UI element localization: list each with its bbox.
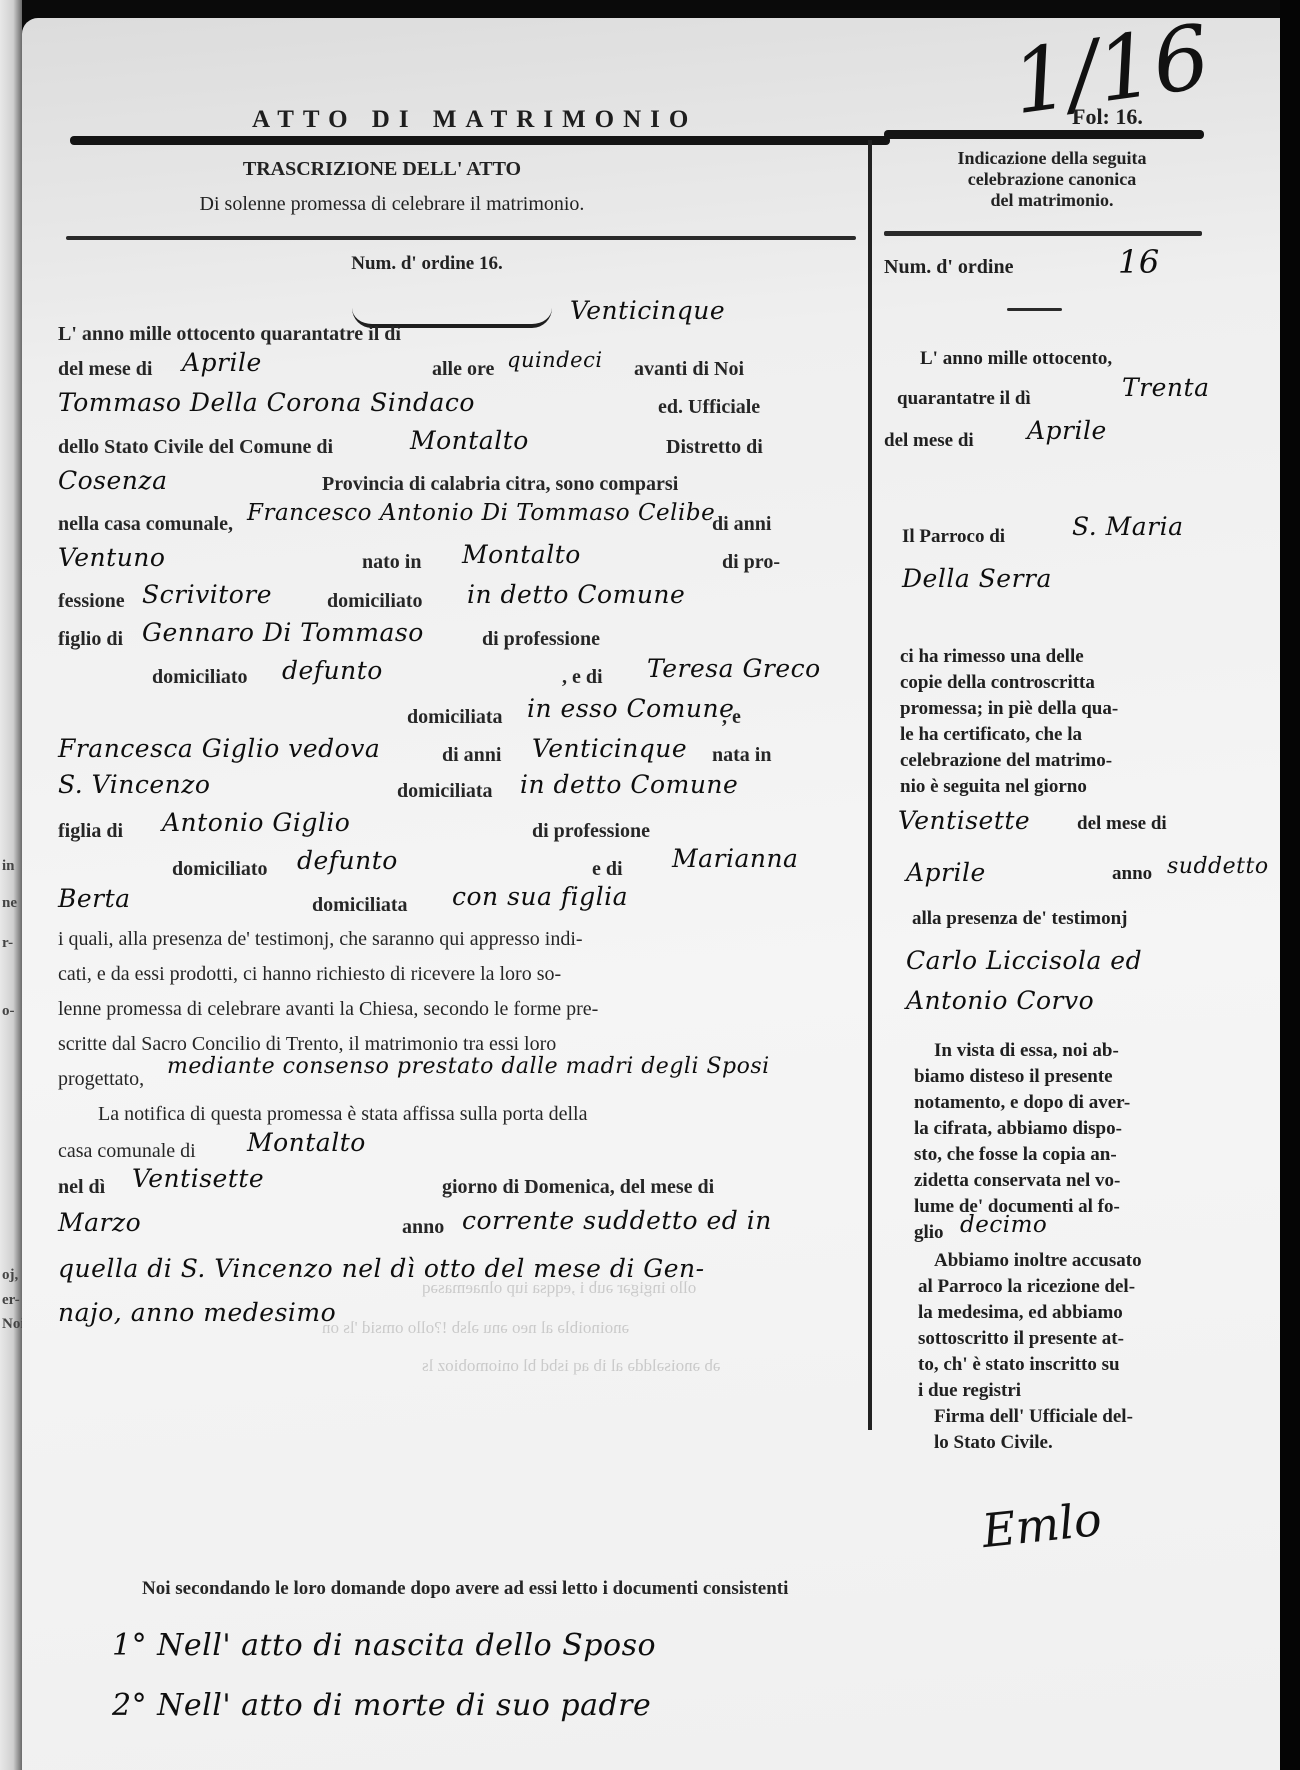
bleed-through-text: ollo ingigər əub i ,eqqsa iup olnaemasəq [422,1278,696,1298]
line-district: Distretto di [666,436,763,459]
edge-fragment: in [2,858,15,875]
right-year-line: quarantatre il dì [897,388,1031,410]
right-text-line: nio è seguita nel giorno [900,776,1087,798]
hand-groom-mother: Teresa Greco [647,654,821,683]
line-official: ed. Ufficiale [658,396,760,419]
hand-groom-profession: Scrivitore [142,580,272,609]
line-profession: di pro- [722,551,780,574]
hand-groom-name: Francesco Antonio Di Tommaso Celibe [247,500,715,526]
signature-label: Firma dell' Ufficiale del- [934,1406,1133,1428]
hand-mayor-name: Tommaso Della Corona Sindaco [58,388,475,417]
right-heading-line: Indicazione della seguita [882,148,1222,169]
closing-line: biamo disteso il presente [914,1066,1113,1088]
hand-month: Aprile [182,348,262,377]
line-year: L' anno mille ottocento quarantatre il d… [58,323,401,346]
line-town-hall: nella casa comunale, [58,513,233,536]
hand-bride-father-deceased: defunto [297,846,398,875]
line-bride-domicile: domiciliata [397,780,493,803]
right-heading-line: del matrimonio. [882,190,1222,211]
line-before-us: avanti di Noi [634,358,744,381]
header-rule-right [884,130,1204,139]
signature-label: lo Stato Civile. [934,1432,1053,1454]
hand-parish-2: Della Serra [902,564,1052,593]
footer-item-1: 1° Nell' atto di nascita dello Sposo [112,1628,656,1663]
celebration-month-label: del mese di [1077,813,1167,835]
line-bride-father-domicile: domiciliato [172,858,268,881]
hand-bride-name: Francesca Giglio vedova [58,734,380,763]
line-daughter-of: figlia di [58,820,123,843]
body-line: i quali, alla presenza de' testimonj, ch… [58,928,583,951]
line-bride-mother-domicile: domiciliata [312,894,408,917]
hand-hour: quindeci [507,348,603,372]
line-fessione: fessione [58,590,125,613]
hand-notice-day: Ventisette [132,1164,264,1193]
parroco-label: Il Parroco di [902,526,1005,548]
right-year-line: L' anno mille ottocento, [920,348,1112,370]
hand-parish-1: S. Maria [1072,512,1183,541]
right-text-line: copie della controscritta [900,672,1095,694]
hand-notice-second-date: najo, anno medesimo [58,1298,336,1327]
official-signature: Emlo [980,1492,1105,1558]
hand-mother-domicile: in esso Comune [527,694,734,723]
body-line: progettato, [58,1068,144,1091]
hand-groom-age: Ventuno [58,543,165,572]
line-commune: dello Stato Civile del Comune di [58,436,333,459]
notice-line: casa comunale di [58,1140,196,1163]
scan-border [1280,0,1300,1770]
hand-folio: decimo [960,1212,1047,1238]
hand-right-month: Aprile [1027,416,1107,445]
hand-district: Cosenza [58,466,167,495]
line-domiciled: domiciliato [327,590,423,613]
document-page: ATTO DI MATRIMONIO 1/16 Fol: 16. TRASCRI… [22,18,1280,1770]
right-text-line: promessa; in piè della qua- [900,698,1118,720]
right-text-line: celebrazione del matrimo- [900,750,1112,772]
body-line: cati, e da essi prodotti, ci hanno richi… [58,963,561,986]
short-rule [1007,308,1062,311]
right-heading-line: celebrazione canonica [882,169,1222,190]
edge-fragment: oj, [2,1267,18,1284]
edge-fragment: er- [2,1292,20,1309]
line-hour-label: alle ore [432,358,494,381]
edge-fragment: ne [2,895,17,912]
hand-bride-mother-last: Berta [58,884,131,913]
line-father-profession: di professione [482,628,600,651]
hand-right-day: Trenta [1122,373,1209,402]
line-born-in: nato in [362,551,421,574]
closing-line: zidetta conservata nel vo- [914,1170,1120,1192]
left-order-number: Num. d' ordine 16. [262,253,592,275]
edge-fragment: o- [2,1003,15,1020]
hand-witness-2: Antonio Corvo [906,986,1094,1015]
left-subheading: Di solenne promessa di celebrare il matr… [112,193,672,216]
notice-line: nel dì [58,1176,105,1199]
closing-line-2: la medesima, ed abbiamo [918,1302,1123,1324]
notice-line: La notifica di questa promessa è stata a… [98,1103,587,1126]
right-text-line: le ha certificato, che la [900,724,1082,746]
notice-line: anno [402,1216,444,1239]
hand-bride-father: Antonio Giglio [162,808,350,837]
header-rule-left [70,136,890,145]
hand-groom-birthplace: Montalto [462,540,581,569]
closing-line-2: i due registri [918,1380,1021,1402]
closing-line: In vista di essa, noi ab- [934,1040,1119,1062]
right-text-line: ci ha rimesso una delle [900,646,1084,668]
right-order-number: 16 [1118,243,1160,281]
bleed-through-text: ənoinoiblə al neo ənu əlsb !?ollo omsid … [322,1318,629,1338]
hand-commune: Montalto [410,426,529,455]
hand-groom-father: Gennaro Di Tommaso [142,618,424,647]
column-divider [868,140,872,1430]
line-bride-father-profession: di professione [532,820,650,843]
hand-celebration-day: Ventisette [898,806,1030,835]
closing-line-2: to, ch' è stato inscritto su [918,1354,1120,1376]
right-heading: Indicazione della seguita celebrazione c… [882,148,1222,211]
notice-line: giorno di Domenica, del mese di [442,1176,714,1199]
right-month-label: del mese di [884,430,974,452]
folio-number: Fol: 16. [1072,104,1143,130]
hand-bride-domicile: in detto Comune [520,770,738,799]
hand-bride-mother-domicile: con sua figlia [452,882,628,911]
year-label: anno [1112,863,1152,885]
witnesses-label: alla presenza de' testimonj [912,908,1128,930]
line-and-of: , e di [562,666,603,689]
hand-day: Venticinque [570,296,725,325]
hand-bride-birthplace: S. Vincenzo [58,770,210,799]
line-and-of-2: e di [592,858,623,881]
closing-line: sto, che fosse la copia an- [914,1144,1117,1166]
closing-line: la cifrata, abbiamo dispo- [914,1118,1122,1140]
left-heading: TRASCRIZIONE DELL' ATTO [132,158,632,181]
footer-item-2: 2° Nell' atto di morte di suo padre [112,1688,651,1723]
hand-notice-month: Marzo [58,1208,141,1237]
hand-notice-commune: Montalto [247,1128,366,1157]
hand-father-deceased: defunto [282,656,383,685]
bleed-through-text: əb ənoisəlddə al ib aq isbd bl oniomobio… [422,1356,720,1376]
line-son-of: figlio di [58,628,123,651]
hand-consent-note: mediante consenso prestato dalle madri d… [167,1054,770,1079]
line-and: , e [722,706,741,729]
page-title: ATTO DI MATRIMONIO [252,106,697,134]
body-line: lenne promessa di celebrare avanti la Ch… [58,998,598,1021]
line-province: Provincia di calabria citra, sono compar… [322,473,678,496]
adjacent-page-edge: in ne r- o- oj, er- Noi [0,0,22,1770]
line-father-domicile: domiciliato [152,666,248,689]
closing-line-2: sottoscritto il presente at- [918,1328,1124,1350]
closing-line-2: Abbiamo inoltre accusato [934,1250,1142,1272]
edge-fragment: r- [2,935,13,952]
footer-printed: Noi secondando le loro domande dopo aver… [142,1578,788,1600]
foglio-label: glio [914,1222,944,1244]
line-born-in-f: nata in [712,744,771,767]
closing-line-2: al Parroco la ricezione del- [918,1276,1135,1298]
hand-groom-domicile: in detto Comune [467,580,685,609]
right-heading-rule [884,231,1202,236]
hand-notice-year: corrente suddetto ed in [462,1206,772,1235]
closing-line: notamento, e dopo di aver- [914,1092,1130,1114]
right-order-label: Num. d' ordine [884,256,1013,279]
hand-bride-mother-first: Marianna [672,844,798,873]
line-bride-age: di anni [442,744,501,767]
line-month-label: del mese di [58,358,152,381]
hand-celebration-year: suddetto [1167,854,1269,879]
line-age-label: di anni [712,513,771,536]
hand-bride-age: Venticinque [532,734,687,763]
left-subheading-rule [66,236,856,240]
hand-witness-1: Carlo Liccisola ed [906,946,1142,975]
body-line: scritte dal Sacro Concilio di Trento, il… [58,1033,556,1056]
hand-celebration-month: Aprile [906,858,986,887]
line-mother-domicile: domiciliata [407,706,503,729]
